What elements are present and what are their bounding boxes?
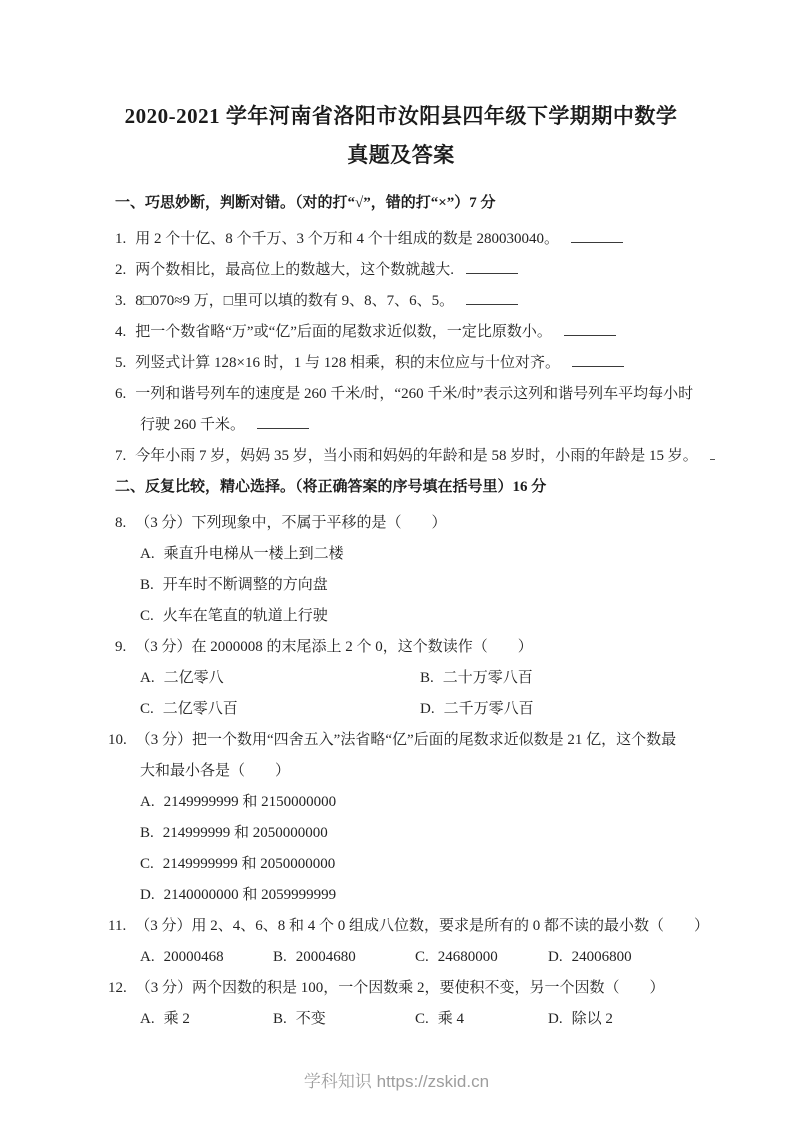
option-text: 20000468 <box>164 949 224 965</box>
question-3: 3.8□070≈9 万，□里可以填的数有 9、8、7、6、5。 <box>115 286 687 317</box>
option-text: 乘直升电梯从一楼上到二楼 <box>164 546 344 562</box>
question-12-option-a: A.乘 2 <box>140 1004 273 1035</box>
option-label: A. <box>140 663 155 694</box>
section-two-heading: 二、反复比较，精心选择。（将正确答案的序号填在括号里）16 分 <box>115 472 687 503</box>
question-9-number: 9. <box>115 632 126 663</box>
option-label: C. <box>140 694 154 725</box>
option-text: 2149999999 和 2150000000 <box>164 794 337 810</box>
question-9: 9.（3 分）在 2000008 的末尾添上 2 个 0，这个数读作（ ） <box>115 632 687 663</box>
question-12-text: （3 分）两个因数的积是 100，一个因数乘 2，要使积不变，另一个因数（ ） <box>136 980 665 996</box>
question-4-answer-blank <box>564 322 616 336</box>
question-11-text: （3 分）用 2、4、6、8 和 4 个 0 组成八位数，要求是所有的 0 都不… <box>135 918 709 934</box>
question-12-option-c: C.乘 4 <box>415 1004 548 1035</box>
option-text: 火车在笔直的轨道上行驶 <box>163 608 328 624</box>
question-5-answer-blank <box>572 353 624 367</box>
question-10-continuation: 大和最小各是（ ） <box>115 756 687 787</box>
question-9-option-c: C.二亿零八百 <box>140 694 420 725</box>
option-text: 2140000000 和 2059999999 <box>164 887 337 903</box>
question-8: 8.（3 分）下列现象中，不属于平移的是（ ） <box>115 508 687 539</box>
option-text: 24680000 <box>438 949 498 965</box>
question-7-text: 今年小雨 7 岁，妈妈 35 岁，当小雨和妈妈的年龄和是 58 岁时，小雨的年龄… <box>135 448 698 464</box>
question-8-option-c: C.火车在笔直的轨道上行驶 <box>115 601 687 632</box>
option-label: A. <box>140 1004 155 1035</box>
site-watermark: 学科知识 https://zskid.cn <box>0 1068 793 1096</box>
option-label: A. <box>140 539 155 570</box>
question-6-text-line-2: 行驶 260 千米。 <box>140 417 245 433</box>
exam-document-page: 2020-2021 学年河南省洛阳市汝阳县四年级下学期期中数学 真题及答案 一、… <box>0 0 793 1122</box>
option-label: A. <box>140 942 155 973</box>
option-text: 除以 2 <box>572 1011 613 1027</box>
option-text: 二千万零八百 <box>444 701 534 717</box>
question-1-number: 1. <box>115 224 126 255</box>
option-label: D. <box>140 880 155 911</box>
question-11-options-row: A.20000468 B.20004680 C.24680000 D.24006… <box>115 942 687 973</box>
question-12: 12.（3 分）两个因数的积是 100，一个因数乘 2，要使积不变，另一个因数（… <box>108 973 687 1004</box>
question-9-option-b: B.二十万零八百 <box>420 663 687 694</box>
question-4-text: 把一个数省略“万”或“亿”后面的尾数求近似数，一定比原数小。 <box>135 324 552 340</box>
question-3-answer-blank <box>466 291 518 305</box>
option-text: 二亿零八百 <box>163 701 238 717</box>
question-8-number: 8. <box>115 508 126 539</box>
option-label: A. <box>140 787 155 818</box>
question-2-text: 两个数相比，最高位上的数越大，这个数就越大. <box>135 262 454 278</box>
question-1: 1.用 2 个十亿、8 个千万、3 个万和 4 个十组成的数是 28003004… <box>115 224 687 255</box>
option-label: D. <box>420 694 435 725</box>
question-4: 4.把一个数省略“万”或“亿”后面的尾数求近似数，一定比原数小。 <box>115 317 687 348</box>
question-5-text: 列竖式计算 128×16 时，1 与 128 相乘，积的末位应与十位对齐。 <box>135 355 560 371</box>
question-10: 10.（3 分）把一个数用“四舍五入”法省略“亿”后面的尾数求近似数是 21 亿… <box>108 725 687 756</box>
option-label: B. <box>273 942 287 973</box>
question-8-option-a: A.乘直升电梯从一楼上到二楼 <box>115 539 687 570</box>
option-label: B. <box>420 663 434 694</box>
question-11-option-c: C.24680000 <box>415 942 548 973</box>
option-text: 不变 <box>296 1011 326 1027</box>
question-2: 2.两个数相比，最高位上的数越大，这个数就越大. <box>115 255 687 286</box>
question-9-options-row-2: C.二亿零八百 D.二千万零八百 <box>115 694 687 725</box>
option-text: 二十万零八百 <box>443 670 533 686</box>
question-12-number: 12. <box>108 973 127 1004</box>
option-label: D. <box>548 1004 563 1035</box>
question-5-number: 5. <box>115 348 126 379</box>
option-text: 乘 2 <box>164 1011 190 1027</box>
question-10-option-a: A.2149999999 和 2150000000 <box>115 787 687 818</box>
question-10-option-b: B.214999999 和 2050000000 <box>115 818 687 849</box>
question-6-number: 6. <box>115 379 126 410</box>
option-label: C. <box>140 601 154 632</box>
question-10-text-line-2: 大和最小各是（ ） <box>140 763 290 779</box>
option-text: 乘 4 <box>438 1011 464 1027</box>
question-8-text: （3 分）下列现象中，不属于平移的是（ ） <box>135 515 446 531</box>
question-10-number: 10. <box>108 725 127 756</box>
option-label: C. <box>415 1004 429 1035</box>
question-12-option-d: D.除以 2 <box>548 1004 687 1035</box>
option-text: 2149999999 和 2050000000 <box>163 856 336 872</box>
question-9-options-row-1: A.二亿零八 B.二十万零八百 <box>115 663 687 694</box>
question-9-option-d: D.二千万零八百 <box>420 694 687 725</box>
question-12-options-row: A.乘 2 B.不变 C.乘 4 D.除以 2 <box>115 1004 687 1035</box>
option-label: C. <box>140 849 154 880</box>
question-6-continuation: 行驶 260 千米。 <box>115 410 687 441</box>
question-6: 6.一列和谐号列车的速度是 260 千米/时，“260 千米/时”表示这列和谐号… <box>115 379 687 410</box>
option-text: 214999999 和 2050000000 <box>163 825 328 841</box>
question-8-option-b: B.开车时不断调整的方向盘 <box>115 570 687 601</box>
title-line-2: 真题及答案 <box>115 136 687 175</box>
question-12-option-b: B.不变 <box>273 1004 415 1035</box>
question-3-number: 3. <box>115 286 126 317</box>
option-label: B. <box>273 1004 287 1035</box>
option-text: 二亿零八 <box>164 670 224 686</box>
question-11: 11.（3 分）用 2、4、6、8 和 4 个 0 组成八位数，要求是所有的 0… <box>108 911 687 942</box>
option-label: B. <box>140 818 154 849</box>
question-6-text-line-1: 一列和谐号列车的速度是 260 千米/时，“260 千米/时”表示这列和谐号列车… <box>135 386 693 402</box>
option-text: 24006800 <box>572 949 632 965</box>
option-label: B. <box>140 570 154 601</box>
question-9-option-a: A.二亿零八 <box>140 663 420 694</box>
question-11-number: 11. <box>108 911 126 942</box>
question-11-option-d: D.24006800 <box>548 942 687 973</box>
question-1-answer-blank <box>571 229 623 243</box>
question-11-option-a: A.20000468 <box>140 942 273 973</box>
question-2-number: 2. <box>115 255 126 286</box>
document-title: 2020-2021 学年河南省洛阳市汝阳县四年级下学期期中数学 真题及答案 <box>115 97 687 175</box>
question-7: 7.今年小雨 7 岁，妈妈 35 岁，当小雨和妈妈的年龄和是 58 岁时，小雨的… <box>115 441 687 472</box>
question-3-text: 8□070≈9 万，□里可以填的数有 9、8、7、6、5。 <box>135 293 454 309</box>
title-line-1: 2020-2021 学年河南省洛阳市汝阳县四年级下学期期中数学 <box>115 97 687 136</box>
question-11-option-b: B.20004680 <box>273 942 415 973</box>
question-2-answer-blank <box>466 260 518 274</box>
question-4-number: 4. <box>115 317 126 348</box>
question-7-number: 7. <box>115 441 126 472</box>
question-6-answer-blank <box>257 415 309 429</box>
option-label: D. <box>548 942 563 973</box>
question-1-text: 用 2 个十亿、8 个千万、3 个万和 4 个十组成的数是 280030040。 <box>135 231 559 247</box>
section-one-heading: 一、巧思妙断，判断对错。（对的打“√”，错的打“×”）7 分 <box>115 188 687 219</box>
question-5: 5.列竖式计算 128×16 时，1 与 128 相乘，积的末位应与十位对齐。 <box>115 348 687 379</box>
question-9-text: （3 分）在 2000008 的末尾添上 2 个 0，这个数读作（ ） <box>135 639 533 655</box>
question-10-text-line-1: （3 分）把一个数用“四舍五入”法省略“亿”后面的尾数求近似数是 21 亿，这个… <box>136 732 676 748</box>
question-10-option-d: D.2140000000 和 2059999999 <box>115 880 687 911</box>
question-7-answer-blank <box>710 446 715 460</box>
option-text: 开车时不断调整的方向盘 <box>163 577 328 593</box>
question-10-option-c: C.2149999999 和 2050000000 <box>115 849 687 880</box>
option-text: 20004680 <box>296 949 356 965</box>
option-label: C. <box>415 942 429 973</box>
